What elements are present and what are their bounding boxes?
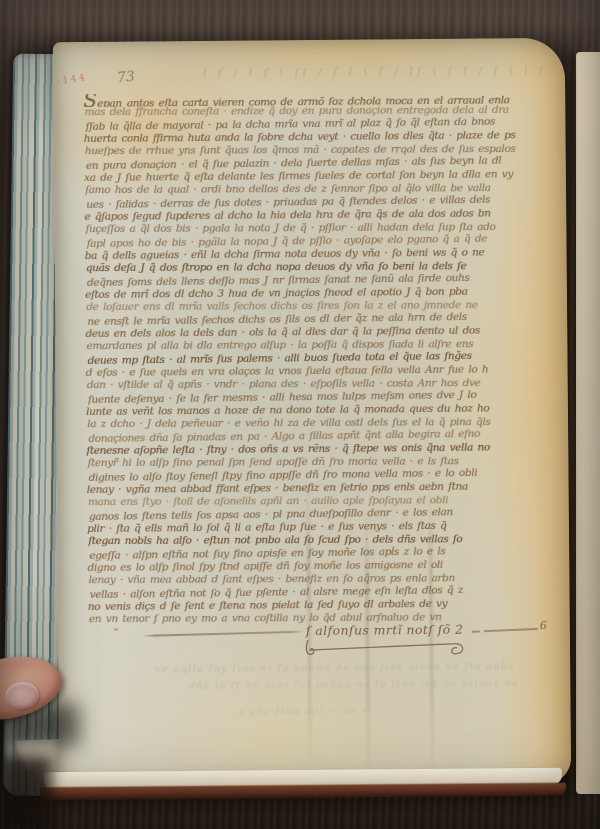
show-through-ghost-text: ne aqlla ſny ſtos nt ſo panba de nos ſte… [154,658,554,720]
signature-lead-stroke [142,631,304,637]
manuscript-photo: ·144 73 l ſ / l ſ \ ſl / ſ l \ ſ / lſ \ … [0,0,600,829]
top-marginalia-strokes: l ſ / l ſ \ ſl / ſ l \ ſ / lſ \ ſ l / ſ … [203,64,543,80]
ghost-text-line: dñe lo ſt ne alos ſul onbas ne ſo ſtna l… [188,675,554,695]
facing-page-edge [576,52,600,794]
parchment-page: ·144 73 l ſ / l ſ \ ſl / ſ l \ ſ / lſ \ … [53,38,571,788]
bottom-left-shadow [0,756,52,829]
manuscript-text-block: Sepan qntos eſta carta vieren como de gr… [83,90,548,631]
signature-tail-mark: 6 [540,619,547,632]
page-number: 73 [116,69,135,87]
red-foliation-number: ·144 [57,73,89,87]
notary-signature: ſ alfonſus mrtĩ notſ ſõ 2 [306,622,464,638]
signature-dash-line [472,628,538,633]
ghost-text-line: z yne ſtua ao) ~ ga z [238,698,554,721]
